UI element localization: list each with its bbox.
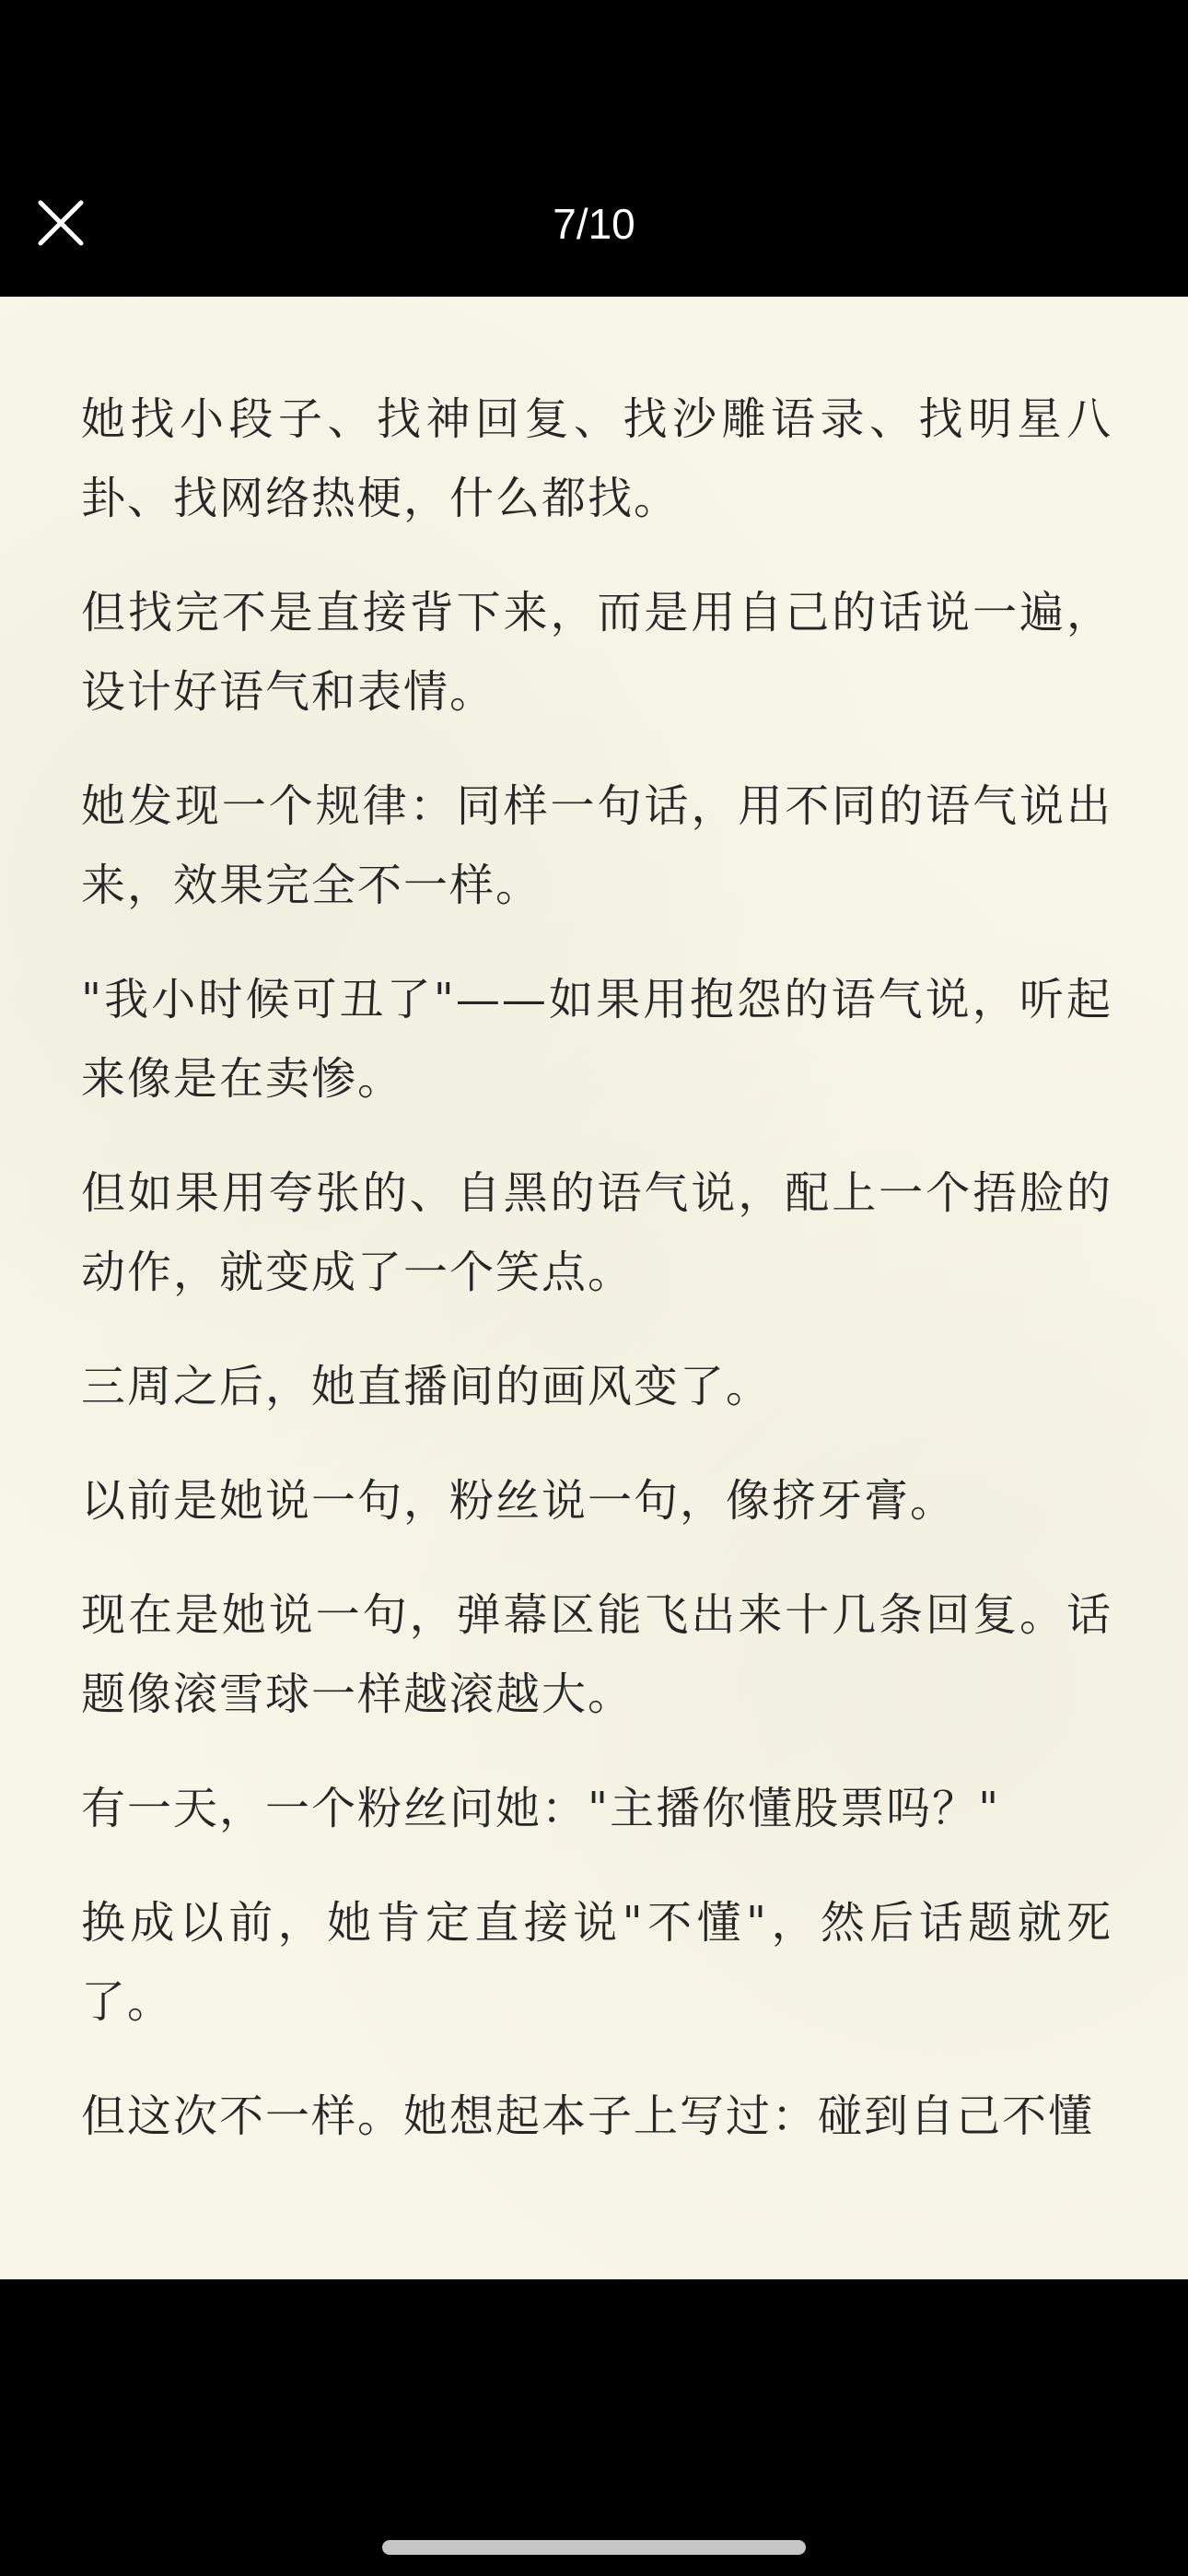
paragraph: 以前是她说一句，粉丝说一句，像挤牙膏。	[81, 1461, 1112, 1540]
paragraph: 她发现一个规律：同样一句话，用不同的语气说出来，效果完全不一样。	[81, 767, 1112, 925]
paragraph: 但如果用夸张的、自黑的语气说，配上一个捂脸的动作，就变成了一个笑点。	[81, 1153, 1112, 1312]
paragraph: 有一天，一个粉丝问她："主播你懂股票吗？"	[81, 1769, 1112, 1848]
paragraph: 她找小段子、找神回复、找沙雕语录、找明星八卦、找网络热梗，什么都找。	[81, 380, 1112, 538]
paragraph: "我小时候可丑了"——如果用抱怨的语气说，听起来像是在卖惨。	[81, 960, 1112, 1118]
paragraph: 但这次不一样。她想起本子上写过：碰到自己不懂	[81, 2077, 1112, 2156]
reader-content: 她找小段子、找神回复、找沙雕语录、找明星八卦、找网络热梗，什么都找。 但找完不是…	[81, 380, 1112, 2191]
paragraph: 换成以前，她肯定直接说"不懂"，然后话题就死了。	[81, 1883, 1112, 2042]
paragraph: 但找完不是直接背下来，而是用自己的话说一遍，设计好语气和表情。	[81, 573, 1112, 732]
reader-page[interactable]: 她找小段子、找神回复、找沙雕语录、找明星八卦、找网络热梗，什么都找。 但找完不是…	[0, 297, 1188, 2279]
paragraph: 现在是她说一句，弹幕区能飞出来十几条回复。话题像滚雪球一样越滚越大。	[81, 1575, 1112, 1734]
bottom-bar	[0, 2279, 1188, 2576]
page-counter: 7/10	[0, 192, 1188, 256]
paragraph: 三周之后，她直播间的画风变了。	[81, 1347, 1112, 1426]
home-indicator[interactable]	[382, 2540, 806, 2555]
top-bar: 7/10	[0, 0, 1188, 297]
